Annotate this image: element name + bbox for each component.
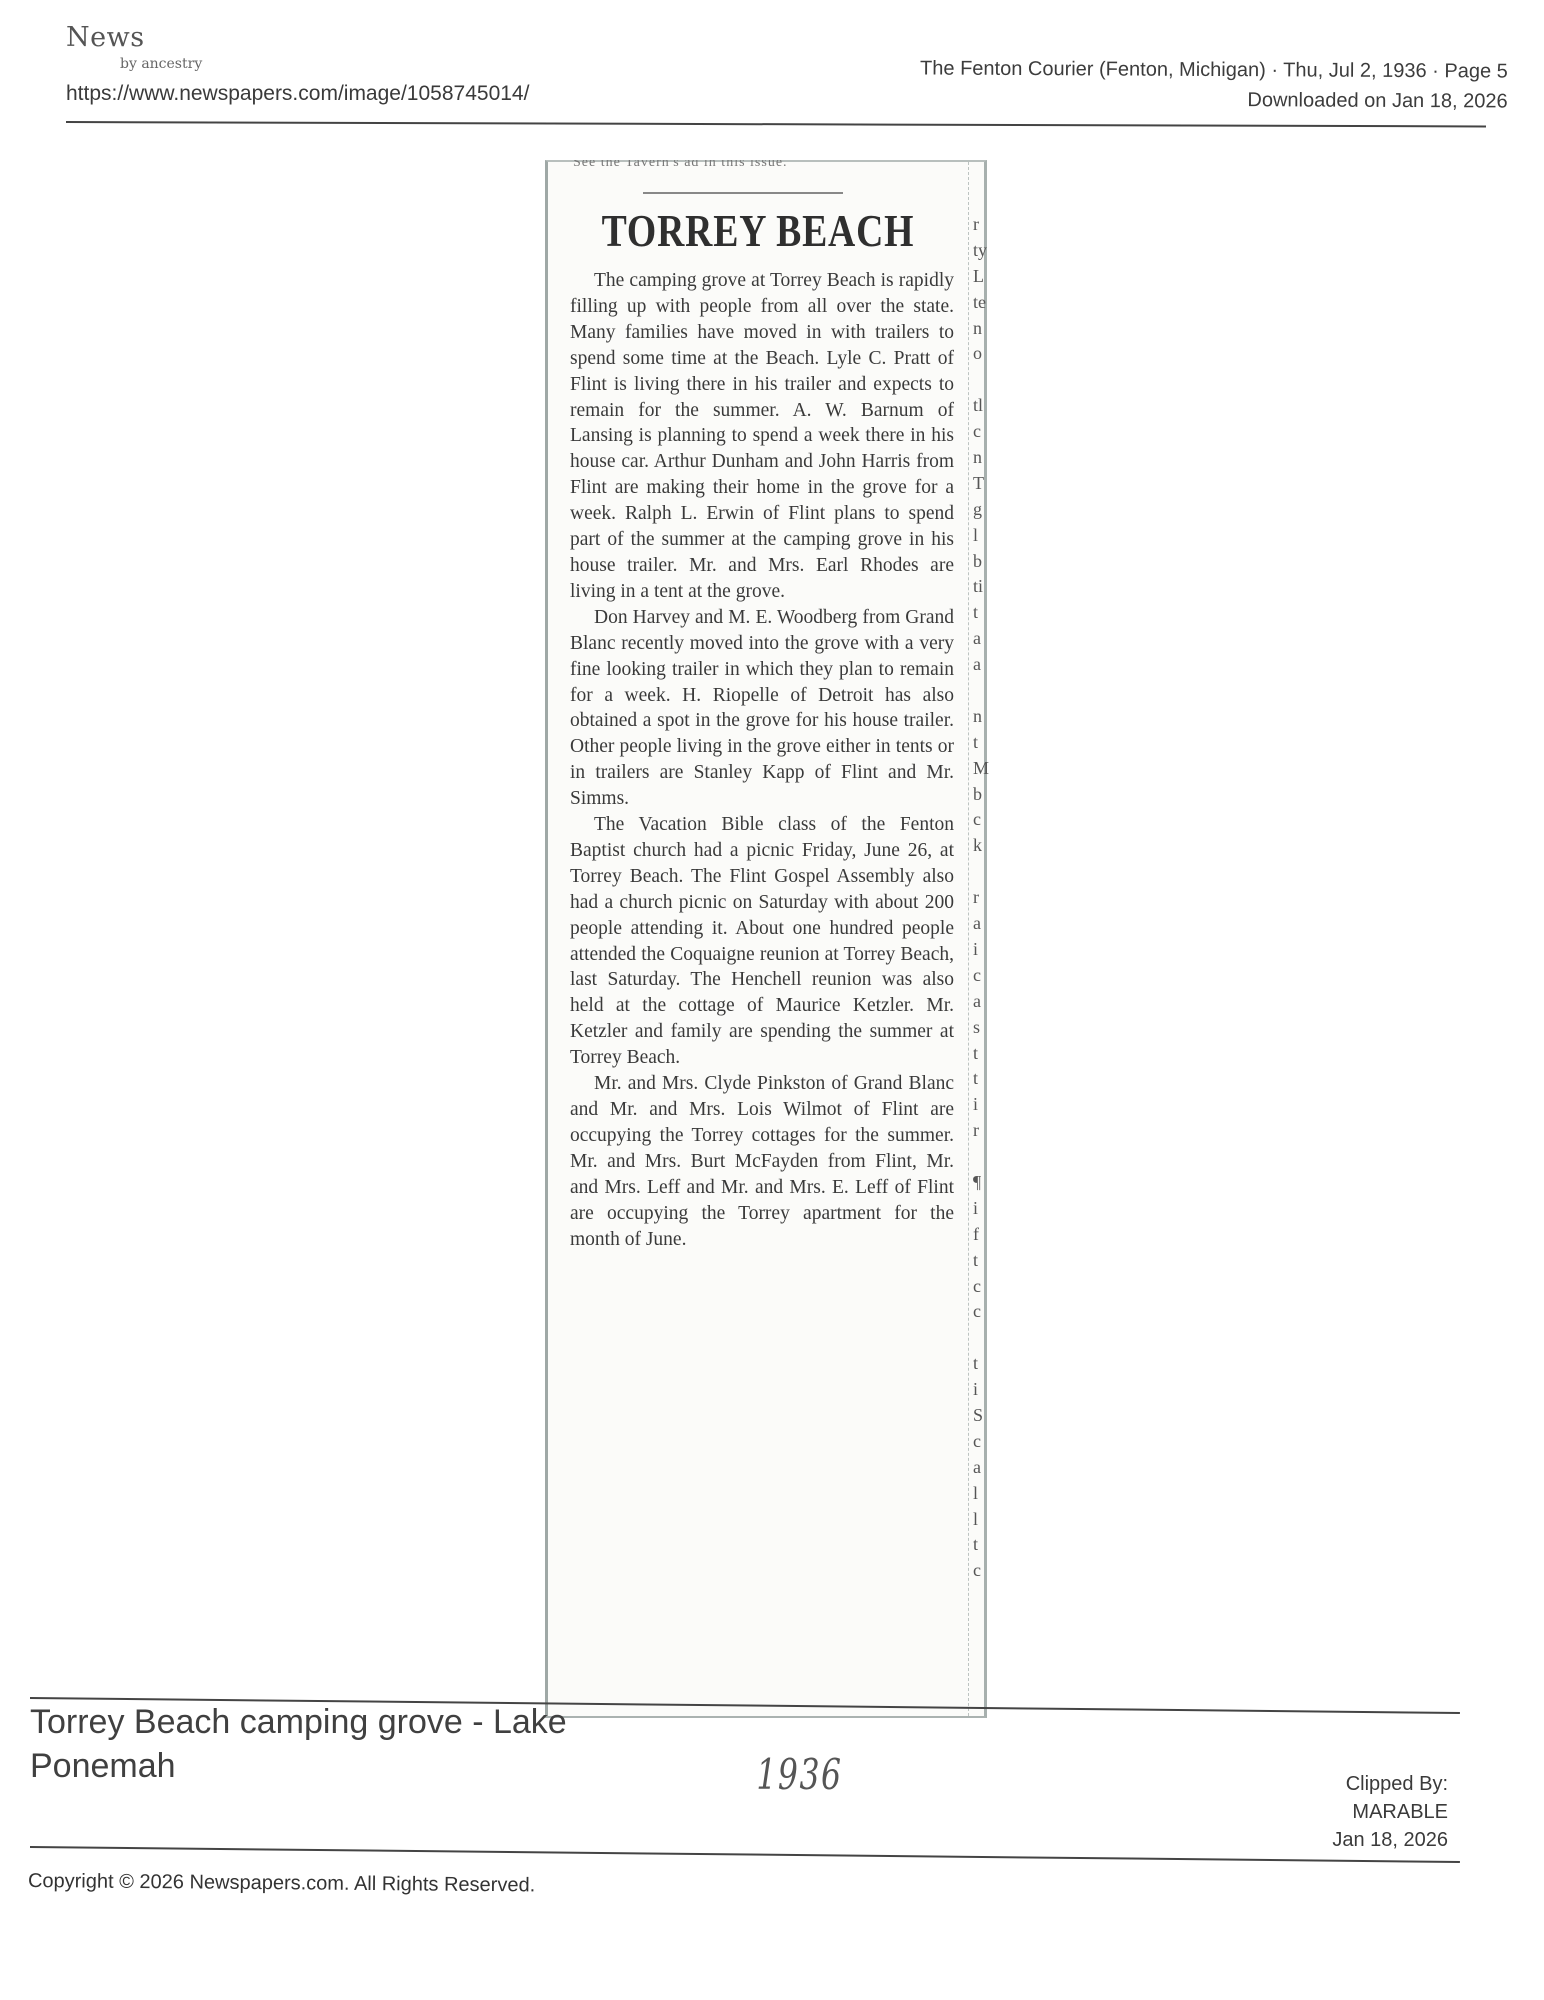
article-paragraph: Don Harvey and M. E. Woodberg from Grand… — [570, 605, 954, 812]
adjacent-column-letter: l — [973, 1507, 987, 1533]
adjacent-column-letter: f — [973, 1222, 987, 1248]
article-headline: TORREY BEACH — [586, 204, 930, 257]
adjacent-column-letter — [973, 367, 987, 393]
adjacent-column-letter: t — [973, 1248, 987, 1274]
adjacent-column-letter: o — [973, 341, 987, 367]
adjacent-column-letter: l — [973, 523, 987, 549]
adjacent-column-letter: t — [973, 730, 987, 756]
clipped-by-user[interactable]: MARABLE — [1332, 1798, 1448, 1826]
adjacent-column-letter: a — [973, 911, 987, 937]
adjacent-column-letter: T — [973, 471, 987, 497]
logo-news-text: News — [66, 22, 145, 53]
adjacent-column-letter: n — [973, 445, 987, 471]
adjacent-column-letter — [973, 678, 987, 704]
clipped-by-label: Clipped By: — [1332, 1770, 1448, 1798]
newspaper-clipping: See the Tavern's ad in this issue. TORRE… — [545, 160, 987, 1718]
adjacent-column-letter: a — [973, 652, 987, 678]
publication-title: The Fenton Courier (Fenton, Michigan) · … — [920, 53, 1508, 86]
header-logo: News by ancestry — [66, 22, 145, 53]
clipped-date: Jan 18, 2026 — [1332, 1826, 1448, 1854]
adjacent-column-letter: s — [973, 1015, 987, 1041]
adjacent-column-letter: i — [973, 1377, 987, 1403]
clipped-by-info: Clipped By: MARABLE Jan 18, 2026 — [1332, 1770, 1448, 1854]
adjacent-column-fragment: rtyLtenotlcnTglbtitaantMbckraicasttir¶if… — [973, 212, 987, 1584]
clipping-top-fragment: See the Tavern's ad in this issue. — [573, 160, 788, 170]
adjacent-column-letter: r — [973, 1118, 987, 1144]
adjacent-column-letter: t — [973, 600, 987, 626]
adjacent-column-letter: t — [973, 1066, 987, 1092]
adjacent-column-letter: S — [973, 1403, 987, 1429]
clipping-column: See the Tavern's ad in this issue. TORRE… — [548, 162, 969, 1716]
adjacent-column-letter: t — [973, 1041, 987, 1067]
adjacent-column-letter: g — [973, 497, 987, 523]
adjacent-column-letter: b — [973, 549, 987, 575]
adjacent-column-letter: t — [973, 1532, 987, 1558]
adjacent-column-letter: i — [973, 1196, 987, 1222]
downloaded-date: Downloaded on Jan 18, 2026 — [920, 83, 1508, 116]
adjacent-column-letter: c — [973, 1299, 987, 1325]
image-url[interactable]: https://www.newspapers.com/image/1058745… — [66, 82, 529, 106]
adjacent-column-letter: r — [973, 885, 987, 911]
adjacent-column-letter: i — [973, 937, 987, 963]
adjacent-column-letter: b — [973, 782, 987, 808]
clipping-caption: Torrey Beach camping grove - Lake Ponema… — [30, 1700, 650, 1788]
adjacent-column-letter: n — [973, 316, 987, 342]
copyright-notice: Copyright © 2026 Newspapers.com. All Rig… — [28, 1870, 535, 1897]
adjacent-column-letter: a — [973, 1455, 987, 1481]
adjacent-column-letter — [973, 1325, 987, 1351]
adjacent-column-letter: ti — [973, 574, 987, 600]
publication-info: The Fenton Courier (Fenton, Michigan) · … — [920, 53, 1508, 116]
footer-divider — [30, 1846, 1460, 1863]
adjacent-column-letter: t — [973, 1351, 987, 1377]
adjacent-column-letter: l — [973, 1481, 987, 1507]
adjacent-column-letter — [973, 1144, 987, 1170]
adjacent-column-letter: i — [973, 1092, 987, 1118]
adjacent-column-letter: a — [973, 989, 987, 1015]
adjacent-column-letter: r — [973, 212, 987, 238]
adjacent-column-letter: c — [973, 807, 987, 833]
adjacent-column-letter: te — [973, 290, 987, 316]
adjacent-column-letter: k — [973, 833, 987, 859]
adjacent-column-letter: a — [973, 626, 987, 652]
adjacent-column-letter: c — [973, 963, 987, 989]
article-paragraph: Mr. and Mrs. Clyde Pinkston of Grand Bla… — [570, 1071, 954, 1252]
clipping-rule — [643, 192, 843, 194]
adjacent-column-letter: ty — [973, 238, 987, 264]
article-paragraph: The camping grove at Torrey Beach is rap… — [570, 268, 954, 605]
adjacent-column-letter: n — [973, 704, 987, 730]
logo-ancestry-text: by ancestry — [120, 56, 202, 72]
adjacent-column-letter: M — [973, 756, 987, 782]
adjacent-column-letter: L — [973, 264, 987, 290]
adjacent-column-letter: c — [973, 1274, 987, 1300]
adjacent-column-letter: c — [973, 419, 987, 445]
article-paragraph: The Vacation Bible class of the Fenton B… — [570, 812, 954, 1071]
adjacent-column-letter: tl — [973, 393, 987, 419]
handwritten-year-note: 1936 — [756, 1750, 842, 1799]
adjacent-column-letter: c — [973, 1558, 987, 1584]
adjacent-column-letter: ¶ — [973, 1170, 987, 1196]
adjacent-column-letter — [973, 859, 987, 885]
adjacent-column-letter: c — [973, 1429, 987, 1455]
header-divider — [66, 121, 1486, 127]
article-body: The camping grove at Torrey Beach is rap… — [570, 268, 954, 1252]
